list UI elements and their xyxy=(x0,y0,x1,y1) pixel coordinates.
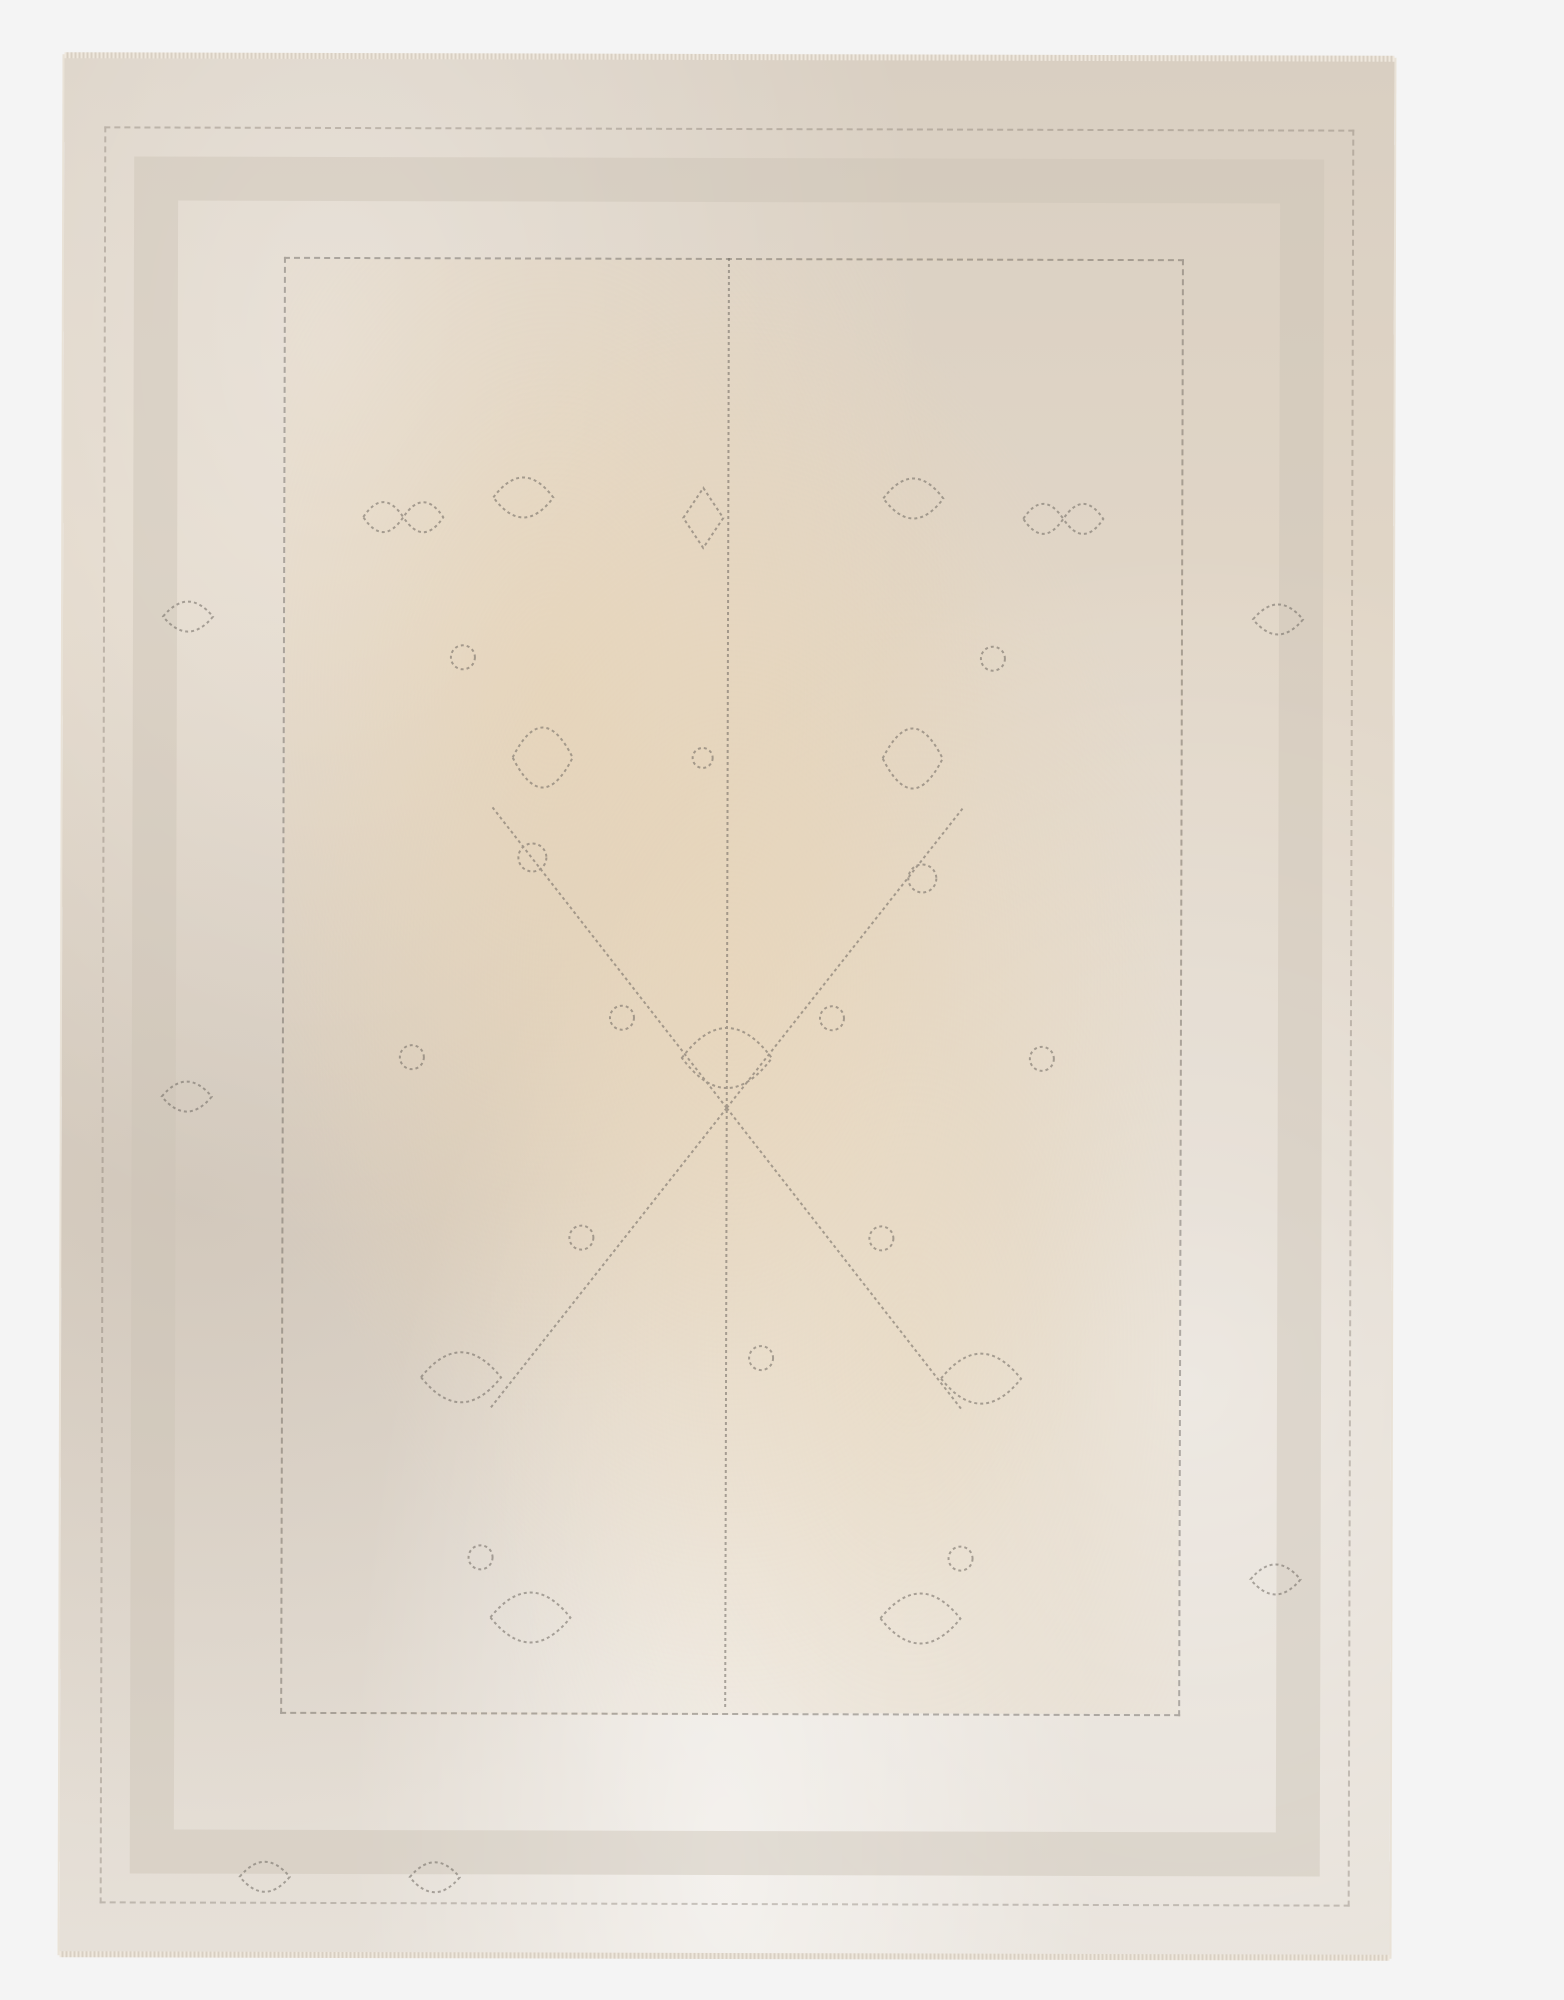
rug-floral-motifs xyxy=(60,56,1395,1956)
rug xyxy=(60,56,1395,1956)
